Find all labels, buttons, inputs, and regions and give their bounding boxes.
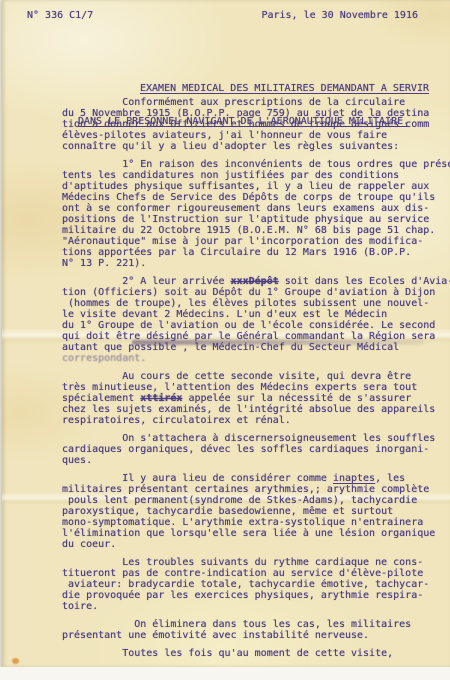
text-line: mono-symptomatique. L'arythmie extra-sys…: [62, 517, 450, 528]
text-line: correspondant.: [62, 353, 450, 364]
text-line: Les troubles suivants du rythme cardiaqu…: [62, 557, 450, 568]
text-line: l'élimination que lorsqu'elle sera liée …: [62, 528, 450, 539]
paper-stain: [12, 658, 19, 664]
paper-sheet: N° 336 C1/7 Paris, le 30 Novembre 1916 E…: [2, 0, 450, 667]
text-line: militaire du 22 Octobre 1915 (B.O.E.M. N…: [62, 225, 450, 236]
text-line: positions de l'Instruction sur l'aptitud…: [62, 214, 450, 225]
text-line: tion (Officiers) soit au Dépôt du 1° Gro…: [62, 287, 450, 298]
text-line: Toutes les fois qu'au moment de cette vi…: [62, 648, 450, 659]
text-line: titueront pas de contre-indication au se…: [62, 568, 450, 579]
text-line: autant que possible , le Médecin-Chef du…: [62, 342, 450, 353]
text-line: présentant une émotivité avec instabilit…: [62, 630, 450, 641]
text-line: élèves-pilotes aviateurs, j'ai l'honneur…: [62, 130, 450, 141]
emphasized-text: inaptes: [333, 473, 375, 484]
text-line: paroxystique, tachycardie basedowienne, …: [62, 506, 450, 517]
scanned-document-page: N° 336 C1/7 Paris, le 30 Novembre 1916 E…: [0, 0, 450, 680]
text-line: chez les sujets examinés, de l'intégrité…: [62, 404, 450, 415]
paragraph: On s'attachera à discernersoigneusement …: [62, 433, 450, 466]
text-line: "Aéronautique" mise à jour par l'incorpo…: [62, 236, 450, 247]
text-line: Au cours de cette seconde visite, qui de…: [62, 371, 450, 382]
text-line: tions apportées par la Circulaire du 12 …: [62, 247, 450, 258]
text-line: du coeur.: [62, 539, 450, 550]
text-line: On éliminera dans tous les cas, les mili…: [62, 619, 450, 630]
text-line: le visite devant 2 Médecins. L'un d'eux …: [62, 309, 450, 320]
text-line: On s'attachera à discernersoigneusement …: [62, 433, 450, 444]
text-line: N° 13 P. 221).: [62, 258, 450, 269]
text-line: ques.: [62, 455, 450, 466]
text-line: (hommes de troupe), les élèves pilotes s…: [62, 298, 450, 309]
paragraph: On éliminera dans tous les cas, les mili…: [62, 619, 450, 641]
paragraph: Conformément aux prescriptions de la cir…: [62, 97, 450, 152]
text-line: Conformément aux prescriptions de la cir…: [62, 97, 450, 108]
reference-number: N° 336 C1/7: [27, 10, 93, 21]
text-line: connaître qu'il y a lieu d'adopter les r…: [62, 141, 450, 152]
text-line: ont à se conformer rigoureusement dans l…: [62, 203, 450, 214]
text-line: tents les candidatures non justifiées pa…: [62, 170, 450, 181]
text-line: d'aptitudes physique suffisantes, il y a…: [62, 181, 450, 192]
paragraph: Il y aura lieu de considérer comme inapt…: [62, 473, 450, 550]
paragraph: 2° A leur arrivée xxxDépôt soit dans les…: [62, 276, 450, 364]
paragraph: Les troubles suivants du rythme cardiaqu…: [62, 557, 450, 612]
paragraph: 1° En raison des inconvénients de tous o…: [62, 159, 450, 269]
text-line: aviateur: bradycardie totale, tachycardi…: [62, 579, 450, 590]
dateline: Paris, le 30 Novembre 1916: [261, 10, 418, 21]
text-line: très minutieuse, l'attention des Médecin…: [62, 382, 450, 393]
text-line: respiratoires, circulatoirex et rénal.: [62, 415, 450, 426]
title-line-1: EXAMEN MEDICAL DES MILITAIRES DEMANDANT …: [62, 83, 429, 94]
scan-bottom-edge: [0, 667, 450, 680]
paragraph: Au cours de cette seconde visite, qui de…: [62, 371, 450, 426]
paragraph: Toutes les fois qu'au moment de cette vi…: [62, 648, 450, 659]
text-line: du 1° Groupe de l'aviation ou de l'école…: [62, 320, 450, 331]
text-line: toire.: [62, 601, 450, 612]
text-line: qui doit être désigné par le Général com…: [62, 331, 450, 342]
text-line: pouls lent permanent(syndrome de Stkes-A…: [62, 495, 450, 506]
text-line: Médecins Chefs de Service des Dépôts de …: [62, 192, 450, 203]
text-line: tion à donner aux Officiers et hommes de…: [62, 119, 450, 130]
emphasized-text: correspondant.: [62, 353, 146, 364]
text-line: 1° En raison des inconvénients de tous o…: [62, 159, 450, 170]
struck-out-text: xxxDépôt: [231, 276, 279, 287]
text-line: die provoquée par les exercices physique…: [62, 590, 450, 601]
text-line: spécialement xttiréx appelée sur la néce…: [62, 393, 450, 404]
text-line: militaires présentant certaines arythmie…: [62, 484, 450, 495]
struck-out-text: xttiréx: [140, 393, 182, 404]
text-line: Il y aura lieu de considérer comme inapt…: [62, 473, 450, 484]
document-body: Conformément aux prescriptions de la cir…: [62, 97, 450, 666]
text-line: du 5 Novembre 1915 (B.O.P.P. page 759) a…: [62, 108, 450, 119]
text-line: 2° A leur arrivée xxxDépôt soit dans les…: [62, 276, 450, 287]
text-line: cardiaques organiques, dévec les soffles…: [62, 444, 450, 455]
